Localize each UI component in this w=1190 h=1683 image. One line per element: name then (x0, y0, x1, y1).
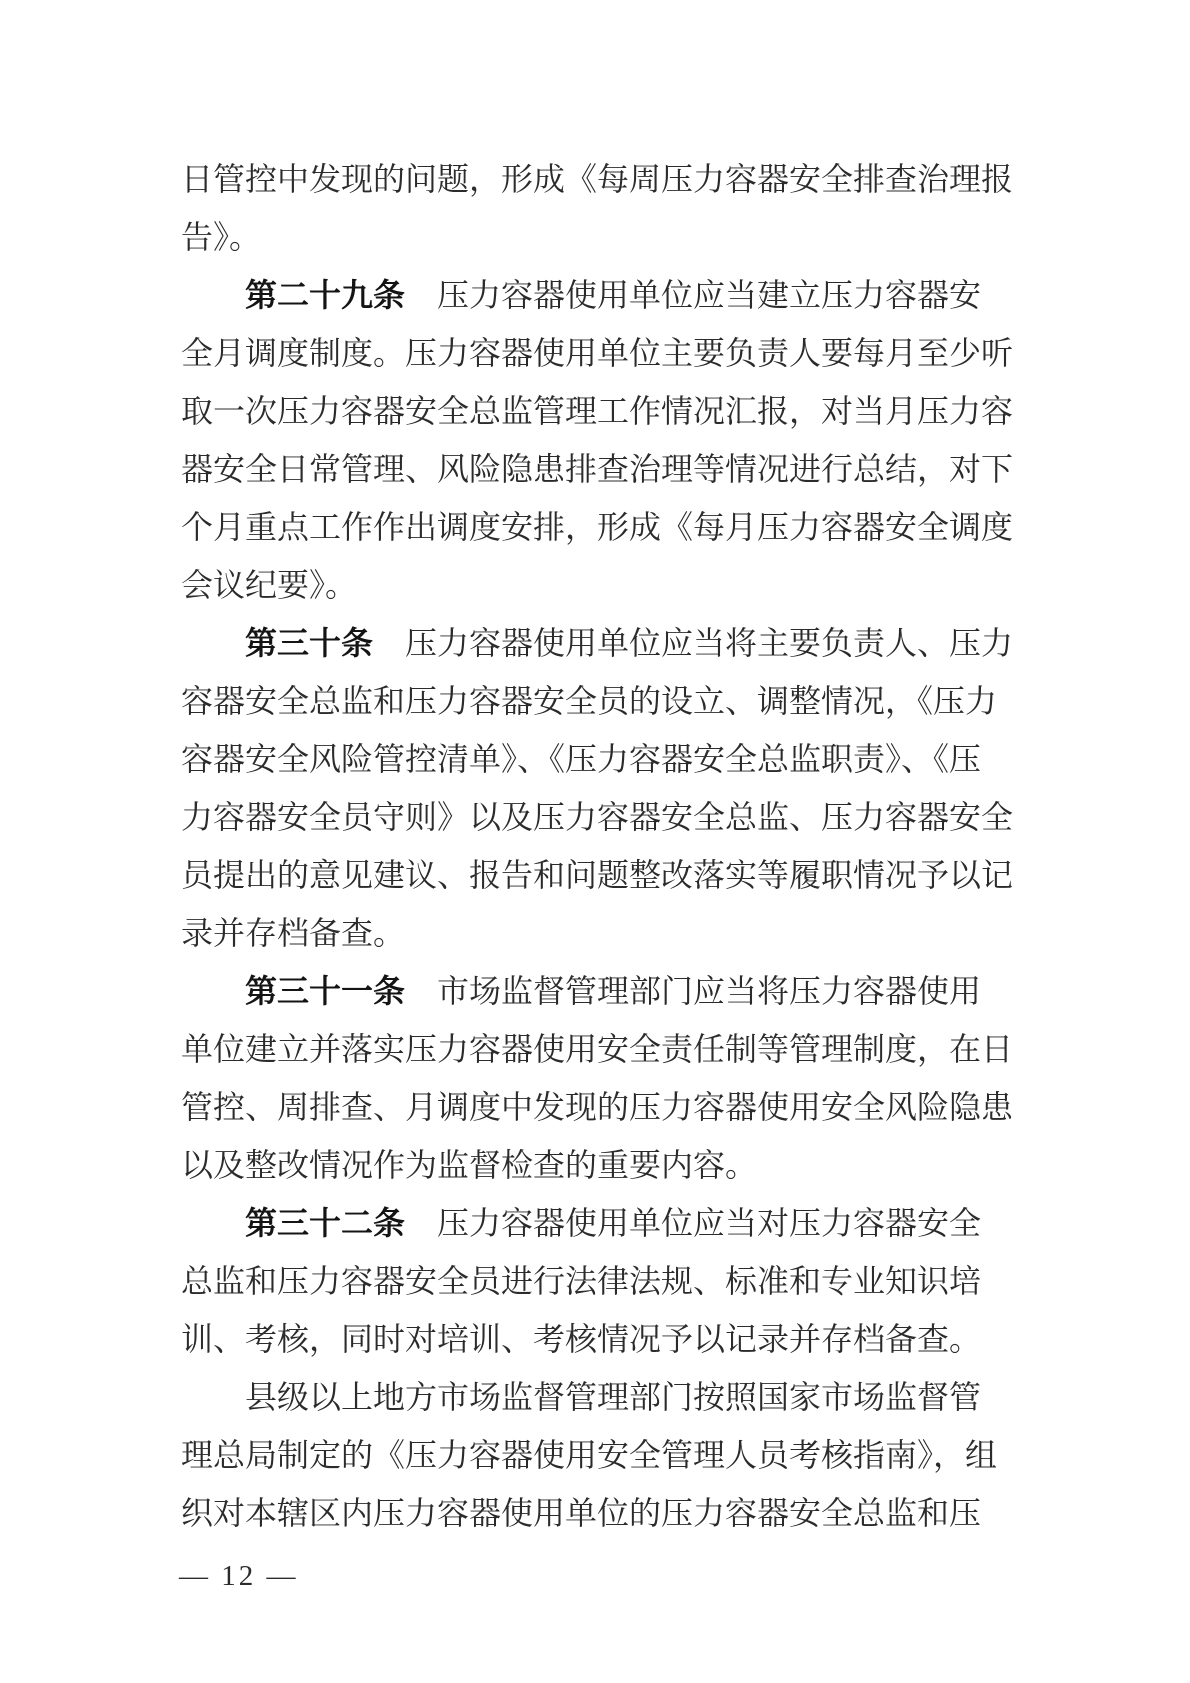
text-line: 会议纪要》。 (181, 556, 1061, 614)
text-line: 单位建立并落实压力容器使用安全责任制等管理制度，在日 (181, 1020, 1061, 1078)
line-text: 录并存档备查。 (181, 915, 405, 951)
line-text: 训、考核，同时对培训、考核情况予以记录并存档备查。 (181, 1321, 981, 1357)
text-line: 容器安全总监和压力容器安全员的设立、调整情况，《压力 (181, 672, 1061, 730)
text-line: 日管控中发现的问题，形成《每周压力容器安全排查治理报 (181, 150, 1061, 208)
line-text: 压力容器使用单位应当对压力容器安全 (437, 1205, 981, 1241)
line-text: 市场监督管理部门应当将压力容器使用 (437, 973, 981, 1009)
line-text: 织对本辖区内压力容器使用单位的压力容器安全总监和压 (181, 1495, 981, 1531)
line-text: 县级以上地方市场监督管理部门按照国家市场监督管 (245, 1379, 981, 1415)
text-line: 管控、周排查、月调度中发现的压力容器使用安全风险隐患 (181, 1078, 1061, 1136)
line-text: 个月重点工作作出调度安排，形成《每月压力容器安全调度 (181, 509, 1013, 545)
line-text: 压力容器使用单位应当建立压力容器安 (437, 277, 981, 313)
text-line: 员提出的意见建议、报告和问题整改落实等履职情况予以记 (181, 846, 1061, 904)
line-text: 以及整改情况作为监督检查的重要内容。 (181, 1147, 757, 1183)
line-text: 容器安全风险管控清单》、《压力容器安全总监职责》、《压 (181, 741, 981, 777)
line-text: 理总局制定的《压力容器使用安全管理人员考核指南》，组 (181, 1437, 997, 1473)
line-text: 日管控中发现的问题，形成《每周压力容器安全排查治理报 (181, 161, 1013, 197)
text-line: 第三十条压力容器使用单位应当将主要负责人、压力 (181, 614, 1061, 672)
line-text: 力容器安全员守则》以及压力容器安全总监、压力容器安全 (181, 799, 1013, 835)
line-text: 全月调度制度。压力容器使用单位主要负责人要每月至少听 (181, 335, 1013, 371)
text-line: 训、考核，同时对培训、考核情况予以记录并存档备查。 (181, 1310, 1061, 1368)
line-text: 告》。 (181, 219, 261, 255)
line-text: 器安全日常管理、风险隐患排查治理等情况进行总结，对下 (181, 451, 1013, 487)
text-line: 第三十一条市场监督管理部门应当将压力容器使用 (181, 962, 1061, 1020)
line-text: 单位建立并落实压力容器使用安全责任制等管理制度，在日 (181, 1031, 1013, 1067)
article-heading: 第三十一条 (245, 973, 405, 1009)
line-text: 会议纪要》。 (181, 567, 357, 603)
line-text: 压力容器使用单位应当将主要负责人、压力 (405, 625, 1013, 661)
line-text: 员提出的意见建议、报告和问题整改落实等履职情况予以记 (181, 857, 1013, 893)
document-body: 日管控中发现的问题，形成《每周压力容器安全排查治理报 告》。 第二十九条压力容器… (181, 150, 1061, 1542)
article-heading: 第二十九条 (245, 277, 405, 313)
text-line: 告》。 (181, 208, 1061, 266)
text-line: 容器安全风险管控清单》、《压力容器安全总监职责》、《压 (181, 730, 1061, 788)
text-line: 录并存档备查。 (181, 904, 1061, 962)
text-line: 理总局制定的《压力容器使用安全管理人员考核指南》，组 (181, 1426, 1061, 1484)
article-heading: 第三十二条 (245, 1205, 405, 1241)
line-text: 管控、周排查、月调度中发现的压力容器使用安全风险隐患 (181, 1089, 1013, 1125)
page-number: — 12 — (179, 1559, 299, 1593)
article-heading: 第三十条 (245, 625, 373, 661)
text-line: 以及整改情况作为监督检查的重要内容。 (181, 1136, 1061, 1194)
text-line: 县级以上地方市场监督管理部门按照国家市场监督管 (181, 1368, 1061, 1426)
text-line: 织对本辖区内压力容器使用单位的压力容器安全总监和压 (181, 1484, 1061, 1542)
line-text: 取一次压力容器安全总监管理工作情况汇报，对当月压力容 (181, 393, 1013, 429)
text-line: 取一次压力容器安全总监管理工作情况汇报，对当月压力容 (181, 382, 1061, 440)
text-line: 全月调度制度。压力容器使用单位主要负责人要每月至少听 (181, 324, 1061, 382)
line-text: 容器安全总监和压力容器安全员的设立、调整情况，《压力 (181, 683, 997, 719)
text-line: 器安全日常管理、风险隐患排查治理等情况进行总结，对下 (181, 440, 1061, 498)
text-line: 第二十九条压力容器使用单位应当建立压力容器安 (181, 266, 1061, 324)
text-line: 第三十二条压力容器使用单位应当对压力容器安全 (181, 1194, 1061, 1252)
document-page: 日管控中发现的问题，形成《每周压力容器安全排查治理报 告》。 第二十九条压力容器… (0, 0, 1190, 1683)
text-line: 总监和压力容器安全员进行法律法规、标准和专业知识培 (181, 1252, 1061, 1310)
line-text: 总监和压力容器安全员进行法律法规、标准和专业知识培 (181, 1263, 981, 1299)
text-line: 个月重点工作作出调度安排，形成《每月压力容器安全调度 (181, 498, 1061, 556)
text-line: 力容器安全员守则》以及压力容器安全总监、压力容器安全 (181, 788, 1061, 846)
